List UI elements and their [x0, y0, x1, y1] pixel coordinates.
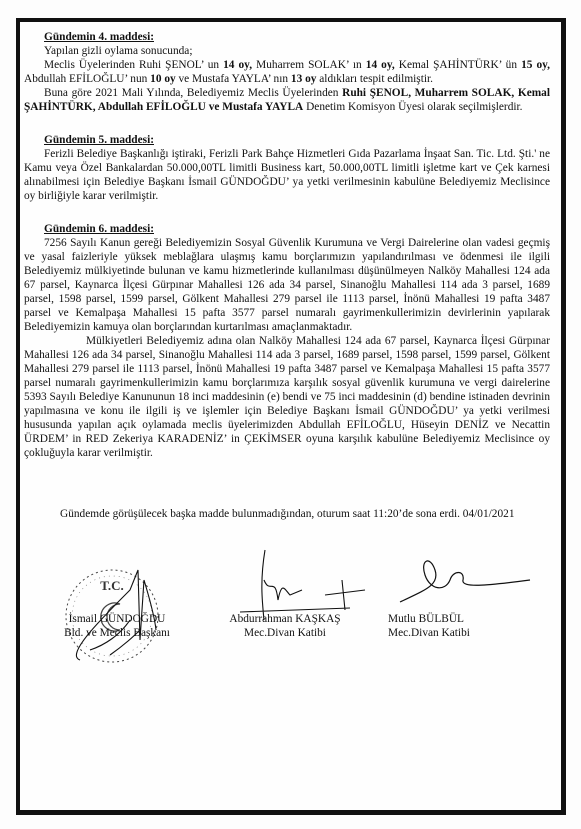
svg-text:T.C.: T.C.	[100, 578, 124, 593]
signatory-clerk-1: Abdurrahman KAŞKAŞ Mec.Divan Katibi	[220, 612, 350, 640]
signatory-name: Mutlu BÜLBÜL	[388, 612, 498, 626]
closing-statement: Gündemde görüşülecek başka madde bulunma…	[60, 508, 515, 520]
signatory-title: Mec.Divan Katibi	[220, 626, 350, 640]
item-4-heading: Gündemin 4. maddesi:	[24, 30, 550, 44]
signatory-title: Bld. ve Meclis Başkanı	[52, 626, 182, 640]
item-6-p2: Mülkiyetleri Belediyemiz adına olan Nalk…	[24, 334, 550, 460]
item-6-p1: 7256 Sayılı Kanun gereği Belediyemizin S…	[24, 236, 550, 334]
signatory-title: Mec.Divan Katibi	[388, 626, 498, 640]
item-4-p1: Yapılan gizli oylama sonucunda;	[24, 44, 550, 58]
signatory-mayor: İsmail GÜNDOĞDU Bld. ve Meclis Başkanı	[52, 612, 182, 640]
signatory-name: Abdurrahman KAŞKAŞ	[220, 612, 350, 626]
item-6-heading: Gündemin 6. maddesi:	[24, 222, 550, 236]
item-5-p1: Ferizli Belediye Başkanlığı iştiraki, Fe…	[24, 147, 550, 203]
signatory-name: İsmail GÜNDOĞDU	[52, 612, 182, 626]
item-4-votes: Meclis Üyelerinden Ruhi ŞENOL’ un 14 oy,…	[24, 58, 550, 86]
minutes-body: Gündemin 4. maddesi: Yapılan gizli oylam…	[24, 0, 550, 460]
item-4-result: Buna göre 2021 Mali Yılında, Belediyemiz…	[24, 86, 550, 114]
item-5-heading: Gündemin 5. maddesi:	[24, 133, 550, 147]
signatory-clerk-2: Mutlu BÜLBÜL Mec.Divan Katibi	[388, 612, 498, 640]
